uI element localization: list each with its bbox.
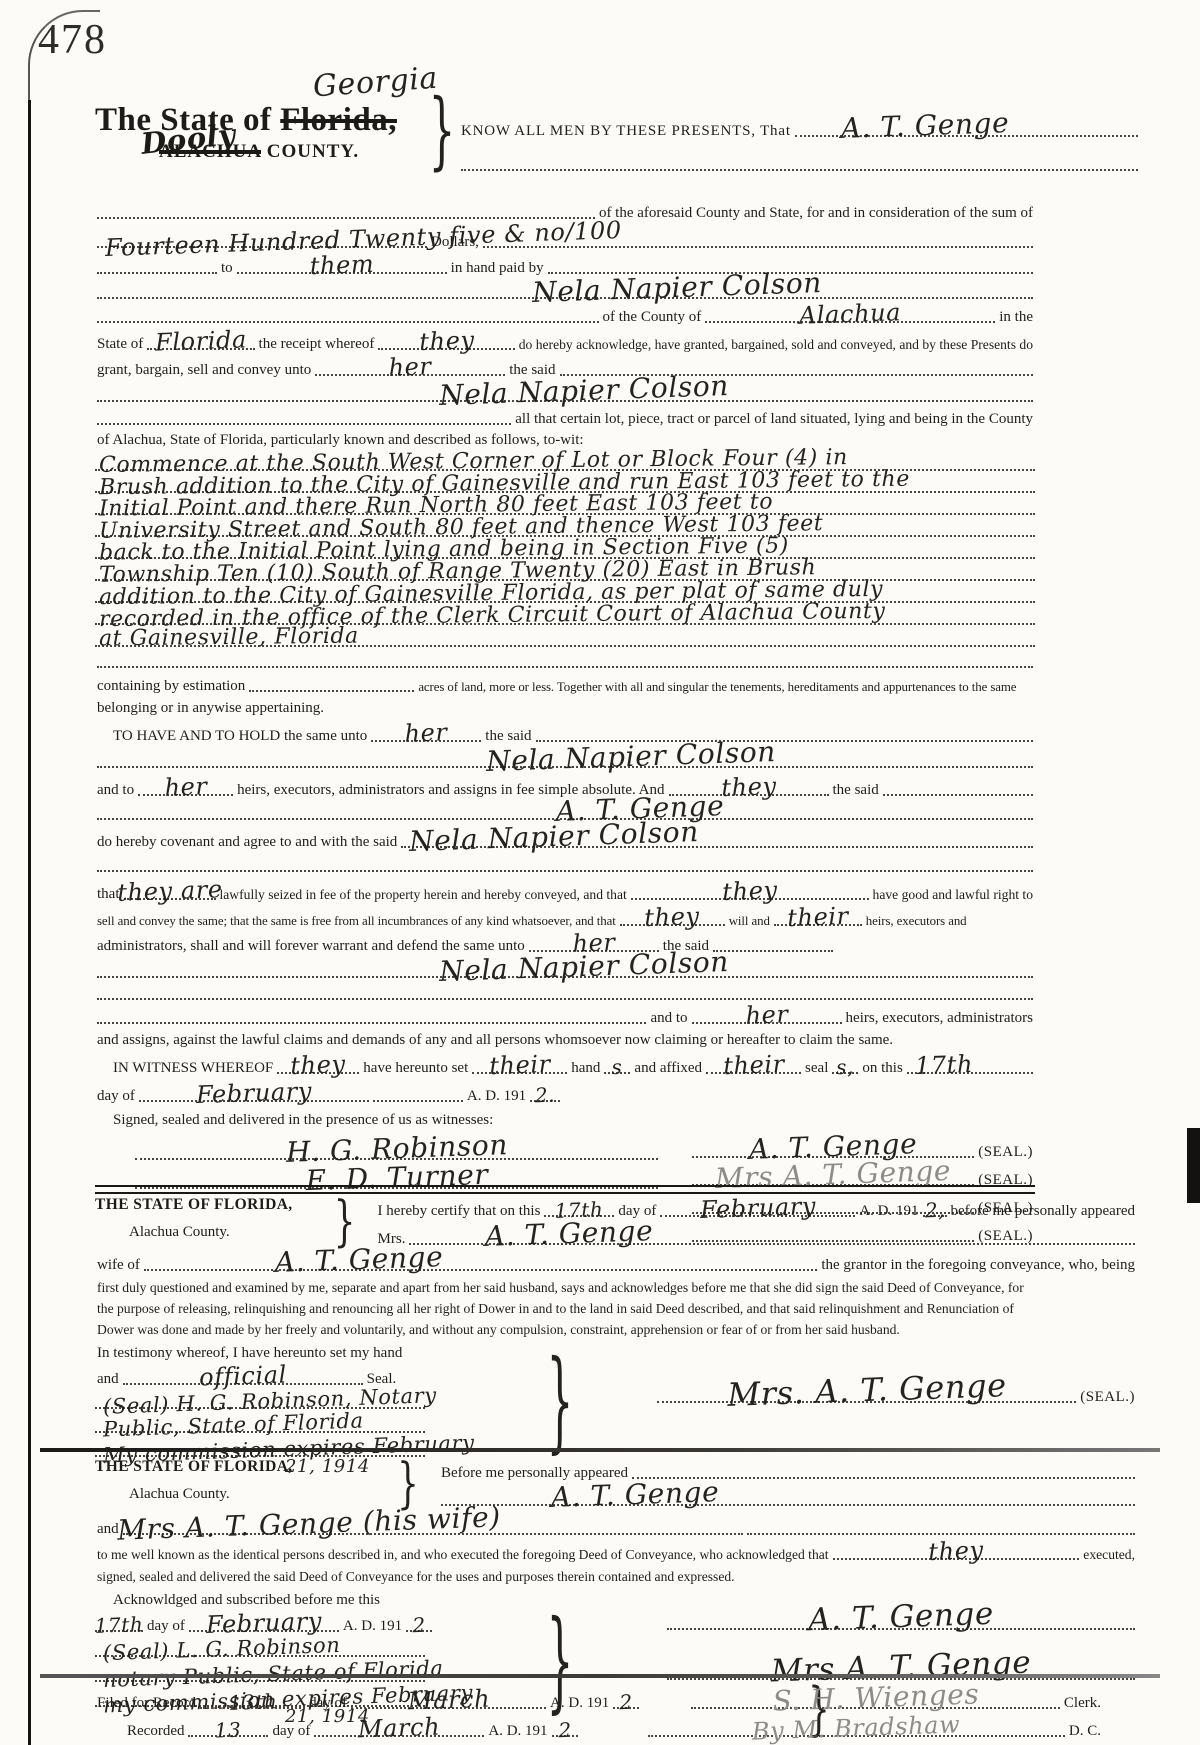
executed-text: executed,	[1081, 1547, 1137, 1563]
dotted-line: 17th	[95, 1630, 143, 1632]
dotted-line: Fourteen Hundred Twenty five & no/100	[97, 246, 427, 248]
grantor-signature: A. T. Genge	[808, 1599, 995, 1636]
day-of-text: day of	[95, 1088, 137, 1105]
handwritten-their: their	[722, 1052, 784, 1078]
before-text: before me personally appeared	[949, 1203, 1138, 1220]
and-to-text: and to	[648, 1010, 689, 1027]
description-line: addition to the City of Gainesville Flor…	[95, 581, 1035, 603]
receipt-text: the receipt whereof	[257, 336, 377, 353]
dotted-line	[461, 169, 1138, 171]
ad-text: A. D. 191	[486, 1723, 549, 1740]
notary-state: THE STATE OF FLORIDA,	[95, 1458, 395, 1476]
document-header: Georgia The State of Florida, Dooly ALAC…	[95, 86, 1140, 174]
scan-right-blot	[1187, 1128, 1200, 1203]
affixed-text: and affixed	[632, 1060, 704, 1077]
grantor-clause-text: the grantor in the foregoing conveyance,…	[819, 1257, 1137, 1274]
handwritten-they: they	[928, 1538, 984, 1564]
dotted-line: Mrs. A. T. Genge	[657, 1401, 1076, 1403]
ad-text: A. D. 191	[857, 1203, 920, 1220]
dotted-line: Nela Napier Colson	[97, 976, 1033, 978]
dotted-line: S. H. Wienges	[691, 1707, 1060, 1709]
seized-text: lawfully seized in fee of the property h…	[218, 887, 629, 903]
brace-glyph: }	[425, 86, 459, 172]
grant-text: grant, bargain, sell and convey unto	[95, 362, 313, 379]
on-this-text: on this	[860, 1060, 904, 1077]
property-description: Commence at the South West Corner of Lot…	[95, 449, 1035, 647]
notary-right-column: Mrs. A. T. Genge (SEAL.)	[595, 1340, 1137, 1476]
dotted-line: March	[314, 1735, 484, 1737]
containing-text: containing by estimation	[95, 678, 247, 695]
dotted-line: Nela Napier Colson	[97, 400, 1033, 402]
handwritten-her: her	[164, 774, 208, 799]
handwritten-name: A. T. Genge	[551, 1478, 720, 1512]
dotted-line: A. T. Genge	[144, 1269, 817, 1271]
dotted-line: (Seal) H. G. Robinson, Notary	[95, 1407, 425, 1409]
dotted-line	[97, 870, 1033, 872]
dotted-line	[97, 1022, 646, 1024]
notary-left-column: In testimony whereof, I have hereunto se…	[95, 1340, 595, 1476]
dotted-line	[883, 794, 1033, 796]
dotted-line: A. T. Genge	[409, 1243, 1135, 1245]
dotted-line: My commission expires February	[95, 1455, 425, 1457]
scan-left-edge	[28, 100, 31, 1745]
description-line: Initial Point and there Run North 80 fee…	[95, 493, 1035, 515]
will-and-text: will and	[727, 914, 772, 929]
covenant-text: do hereby covenant and agree to and with…	[95, 834, 399, 851]
dotted-line	[747, 1533, 1135, 1535]
section-divider	[40, 1674, 1160, 1678]
and-to-text: and to	[95, 782, 136, 799]
good-right-text: have good and lawful right to	[871, 887, 1035, 903]
handwritten-them: them	[309, 252, 374, 278]
notary-attestation-block: In testimony whereof, I have hereunto se…	[95, 1340, 1137, 1476]
deputy-clerk-label: D. C.	[1067, 1723, 1103, 1740]
and-text: and	[95, 1371, 121, 1388]
handwritten-month: February	[206, 1609, 323, 1637]
known-text: to me well known as the identical person…	[95, 1547, 831, 1563]
seal-label: (SEAL.)	[976, 1144, 1035, 1161]
ad-text: A. D. 191	[341, 1618, 404, 1635]
acknowledged-text: Acknowldged and subscribed before me thi…	[111, 1592, 382, 1609]
handwritten-they: they	[418, 328, 474, 354]
handwritten-year: 2	[412, 1615, 426, 1635]
handwritten-they-are: they are	[116, 877, 222, 905]
dotted-line: them	[237, 272, 447, 274]
header-title-block: Georgia The State of Florida, Dooly ALAC…	[95, 86, 425, 174]
handwritten-county: Alachua	[799, 300, 902, 328]
handwritten-their: their	[787, 904, 849, 930]
to-text: to	[219, 260, 235, 277]
handwritten-state: Florida	[155, 327, 248, 354]
in-hand-text: in hand paid by	[449, 260, 546, 277]
towit-text: of Alachua, State of Florida, particular…	[95, 432, 586, 449]
dotted-line: they are	[124, 898, 216, 900]
to-have-text: TO HAVE AND TO HOLD the same unto	[111, 728, 369, 745]
dotted-line: 2	[406, 1630, 432, 1632]
handwritten-recorded-year: 2	[558, 1720, 572, 1740]
dotted-line: their	[706, 1072, 801, 1074]
assigns-text: and assigns, against the lawful claims a…	[95, 1032, 895, 1049]
handwritten-s: s,	[836, 1057, 855, 1078]
in-the-text: in the	[997, 309, 1035, 326]
handwritten-wife-name: A. T. Genge	[484, 1217, 653, 1251]
handwritten-their: their	[489, 1052, 551, 1078]
dotted-line: February	[139, 1100, 369, 1102]
notary-county: Alachua County.	[95, 1486, 395, 1503]
page-number: 478	[38, 16, 107, 64]
handwritten-filed-year: 2	[619, 1692, 633, 1712]
dotted-line: February	[660, 1215, 855, 1217]
handwritten-month: February	[699, 1194, 816, 1222]
deputy-clerk-signature: By M. Bradshaw	[752, 1712, 961, 1743]
state-struck: Florida,	[280, 102, 397, 138]
dotted-line: March	[351, 1707, 546, 1709]
dotted-line: her	[692, 1022, 842, 1024]
dotted-line: A. T. Genge	[795, 135, 1138, 137]
of-county-text: of the County of	[601, 309, 704, 326]
description-line: back to the Initial Point lying and bein…	[95, 537, 1035, 559]
description-line: University Street and South 80 feet and …	[95, 515, 1035, 537]
filed-label: Filed for Record	[95, 1695, 198, 1712]
dotted-line	[373, 1100, 463, 1102]
witness-whereof-text: IN WITNESS WHEREOF	[111, 1060, 275, 1077]
dotted-line	[483, 246, 1033, 248]
handwritten-recorded-day: 13	[215, 1720, 242, 1741]
dower-paragraph: the purpose of releasing, relinquishing …	[95, 1301, 1016, 1317]
dotted-line	[249, 690, 414, 692]
witnesses-label: Signed, sealed and delivered in the pres…	[111, 1112, 495, 1129]
the-said-text: the said	[483, 728, 533, 745]
clerk-label: Clerk.	[1062, 1695, 1103, 1712]
county-title: Dooly ALACHUA COUNTY.	[95, 141, 425, 163]
notary-venue-label: THE STATE OF FLORIDA, Alachua County.	[95, 1196, 332, 1248]
ad-text: A. D. 191	[465, 1088, 528, 1105]
handwritten-year: 2.	[535, 1085, 556, 1106]
handwritten-recorded-month: March	[358, 1715, 441, 1742]
dotted-line: they	[833, 1558, 1080, 1560]
dotted-line	[97, 423, 511, 425]
heirs3-text: heirs, executors, administrators	[844, 1010, 1035, 1027]
seal-text: seal	[803, 1060, 830, 1077]
seal-label: (SEAL.)	[1078, 1389, 1137, 1406]
handwritten-they: they	[290, 1052, 346, 1078]
handwritten-they: they	[722, 878, 778, 904]
dotted-line: their	[774, 924, 862, 926]
set-text: have hereunto set	[361, 1060, 470, 1077]
handwritten-they: they	[644, 904, 700, 930]
county-struck: ALACHUA	[159, 141, 261, 162]
the-said-text: the said	[831, 782, 881, 799]
filing-section: } Filed for Record 13th day of March A. …	[95, 1686, 1103, 1740]
heirs2-text: heirs, executors and	[864, 914, 969, 929]
dotted-line: 2	[613, 1707, 639, 1709]
testimony-text: In testimony whereof, I have hereunto se…	[95, 1345, 404, 1362]
deed-body: of the aforesaid County and State, for a…	[95, 200, 1035, 1245]
dotted-line: s	[604, 1072, 630, 1074]
presents-text: KNOW ALL MEN BY THESE PRESENTS, That	[459, 123, 793, 140]
certify-text: I hereby certify that on this	[376, 1203, 543, 1220]
dotted-line	[713, 950, 833, 952]
dotted-line: Nela Napier Colson	[97, 766, 1033, 768]
dotted-line: Florida	[147, 348, 254, 350]
dotted-line: A. T. Genge	[667, 1628, 1135, 1630]
dotted-line: (Seal) L. G. Robinson	[95, 1655, 425, 1657]
deed-record-page: 478 Georgia The State of Florida, Dooly …	[0, 0, 1200, 1745]
dotted-line: By M. Bradshaw	[648, 1735, 1065, 1737]
administrators-text: administrators, shall and will forever w…	[95, 938, 527, 955]
notary-venue-label: THE STATE OF FLORIDA, Alachua County.	[95, 1458, 395, 1510]
dotted-line: Alachua	[705, 321, 995, 323]
sell-text: sell and convey the same; that the same …	[95, 914, 618, 929]
dower-paragraph: Dower was done and made by her freely an…	[95, 1322, 902, 1338]
dotted-line: official	[123, 1383, 363, 1385]
dotted-line	[97, 272, 217, 274]
handwritten-day: 17th	[94, 1614, 143, 1636]
handwritten-filed-month: March	[407, 1687, 490, 1714]
dotted-line: 2,	[923, 1215, 947, 1217]
handwritten-grantor-name: A. T. Genge	[841, 109, 1010, 143]
brace-glyph: }	[332, 1196, 358, 1248]
dotted-line: 13	[188, 1735, 268, 1737]
dotted-line: Nela Napier Colson	[401, 846, 1033, 848]
dotted-line: her	[371, 740, 481, 742]
acres-text: acres of land, more or less. Together wi…	[416, 680, 1018, 695]
header-right-block: KNOW ALL MEN BY THESE PRESENTS, That A. …	[459, 86, 1140, 174]
day-of-text: day of	[307, 1695, 349, 1712]
recorded-label: Recorded	[125, 1723, 186, 1740]
description-line: at Gainesville, Florida	[95, 625, 1035, 647]
description-line: Brush addition to the City of Gainesvill…	[95, 471, 1035, 493]
dotted-line: they	[620, 924, 725, 926]
description-line: Township Ten (10) South of Range Twenty …	[95, 559, 1035, 581]
brace-glyph: }	[547, 1346, 573, 1454]
dotted-line: notary Public, State of Florida	[95, 1680, 425, 1682]
dotted-line: 2	[552, 1735, 578, 1737]
handwritten-year: 2,	[924, 1200, 945, 1221]
hand-text: hand	[569, 1060, 602, 1077]
dotted-line: her	[138, 794, 233, 796]
signed-delivered-text: signed, sealed and delivered the said De…	[95, 1569, 737, 1585]
handwritten-state-correction: Georgia	[312, 64, 439, 103]
dotted-line: H. G. Robinson	[135, 1158, 658, 1160]
state-of-text: State of	[95, 336, 145, 353]
section-divider	[40, 1448, 1160, 1452]
dotted-line	[97, 666, 1033, 668]
dotted-line: their	[472, 1072, 567, 1074]
dotted-line	[97, 998, 1033, 1000]
handwritten-her: her	[745, 1002, 789, 1027]
all-that-text: all that certain lot, piece, tract or pa…	[513, 411, 1035, 428]
ad-text: A. D. 191	[548, 1695, 611, 1712]
section-divider	[95, 1185, 1035, 1194]
dotted-line: Mrs A. T. Genge (his wife)	[123, 1533, 743, 1535]
handwritten-husband-name: A. T. Genge	[275, 1243, 444, 1277]
handwritten-filed-day: 13th	[228, 1691, 277, 1713]
dotted-line: 2.	[530, 1100, 560, 1102]
aforesaid-text: of the aforesaid County and State, for a…	[597, 205, 1035, 222]
day-of-text: day of	[145, 1618, 187, 1635]
handwritten-her: her	[404, 720, 448, 745]
dotted-line: 17th	[907, 1072, 1033, 1074]
dotted-line: A. T. Genge	[441, 1504, 1135, 1506]
handwritten-official: official	[198, 1362, 287, 1389]
dotted-line: February	[189, 1630, 339, 1632]
dotted-line: Public, State of Florida	[95, 1431, 425, 1433]
county-suffix: COUNTY.	[267, 141, 359, 162]
dotted-line: they	[277, 1072, 359, 1074]
handwritten-s: s	[612, 1057, 624, 1077]
notary-dower-section: THE STATE OF FLORIDA, Alachua County. } …	[95, 1196, 1137, 1476]
dotted-line: they	[631, 898, 869, 900]
handwritten-month: February	[196, 1079, 313, 1107]
belonging-text: belonging or in anywise appertaining.	[95, 700, 326, 717]
wife-of-text: wife of	[95, 1257, 142, 1274]
dower-paragraph: first duly questioned and examined by me…	[95, 1280, 1026, 1296]
dotted-line: 13th	[200, 1707, 305, 1709]
notary-state: THE STATE OF FLORIDA,	[95, 1196, 332, 1214]
dotted-line: her	[315, 374, 505, 376]
dotted-line: s,	[832, 1072, 858, 1074]
handwritten-day: 17th	[914, 1052, 973, 1078]
acknowledge-text: do hereby acknowledge, have granted, bar…	[517, 337, 1035, 353]
wife-signature: Mrs. A. T. Genge	[726, 1369, 1006, 1411]
handwritten-they: they	[720, 774, 776, 800]
handwritten-her: her	[388, 354, 432, 379]
dotted-line	[97, 321, 599, 323]
description-line: recorded in the office of the Clerk Circ…	[95, 603, 1035, 625]
notary-county: Alachua County.	[95, 1224, 332, 1241]
day-of-text: day of	[270, 1723, 312, 1740]
dotted-line: they	[378, 348, 514, 350]
